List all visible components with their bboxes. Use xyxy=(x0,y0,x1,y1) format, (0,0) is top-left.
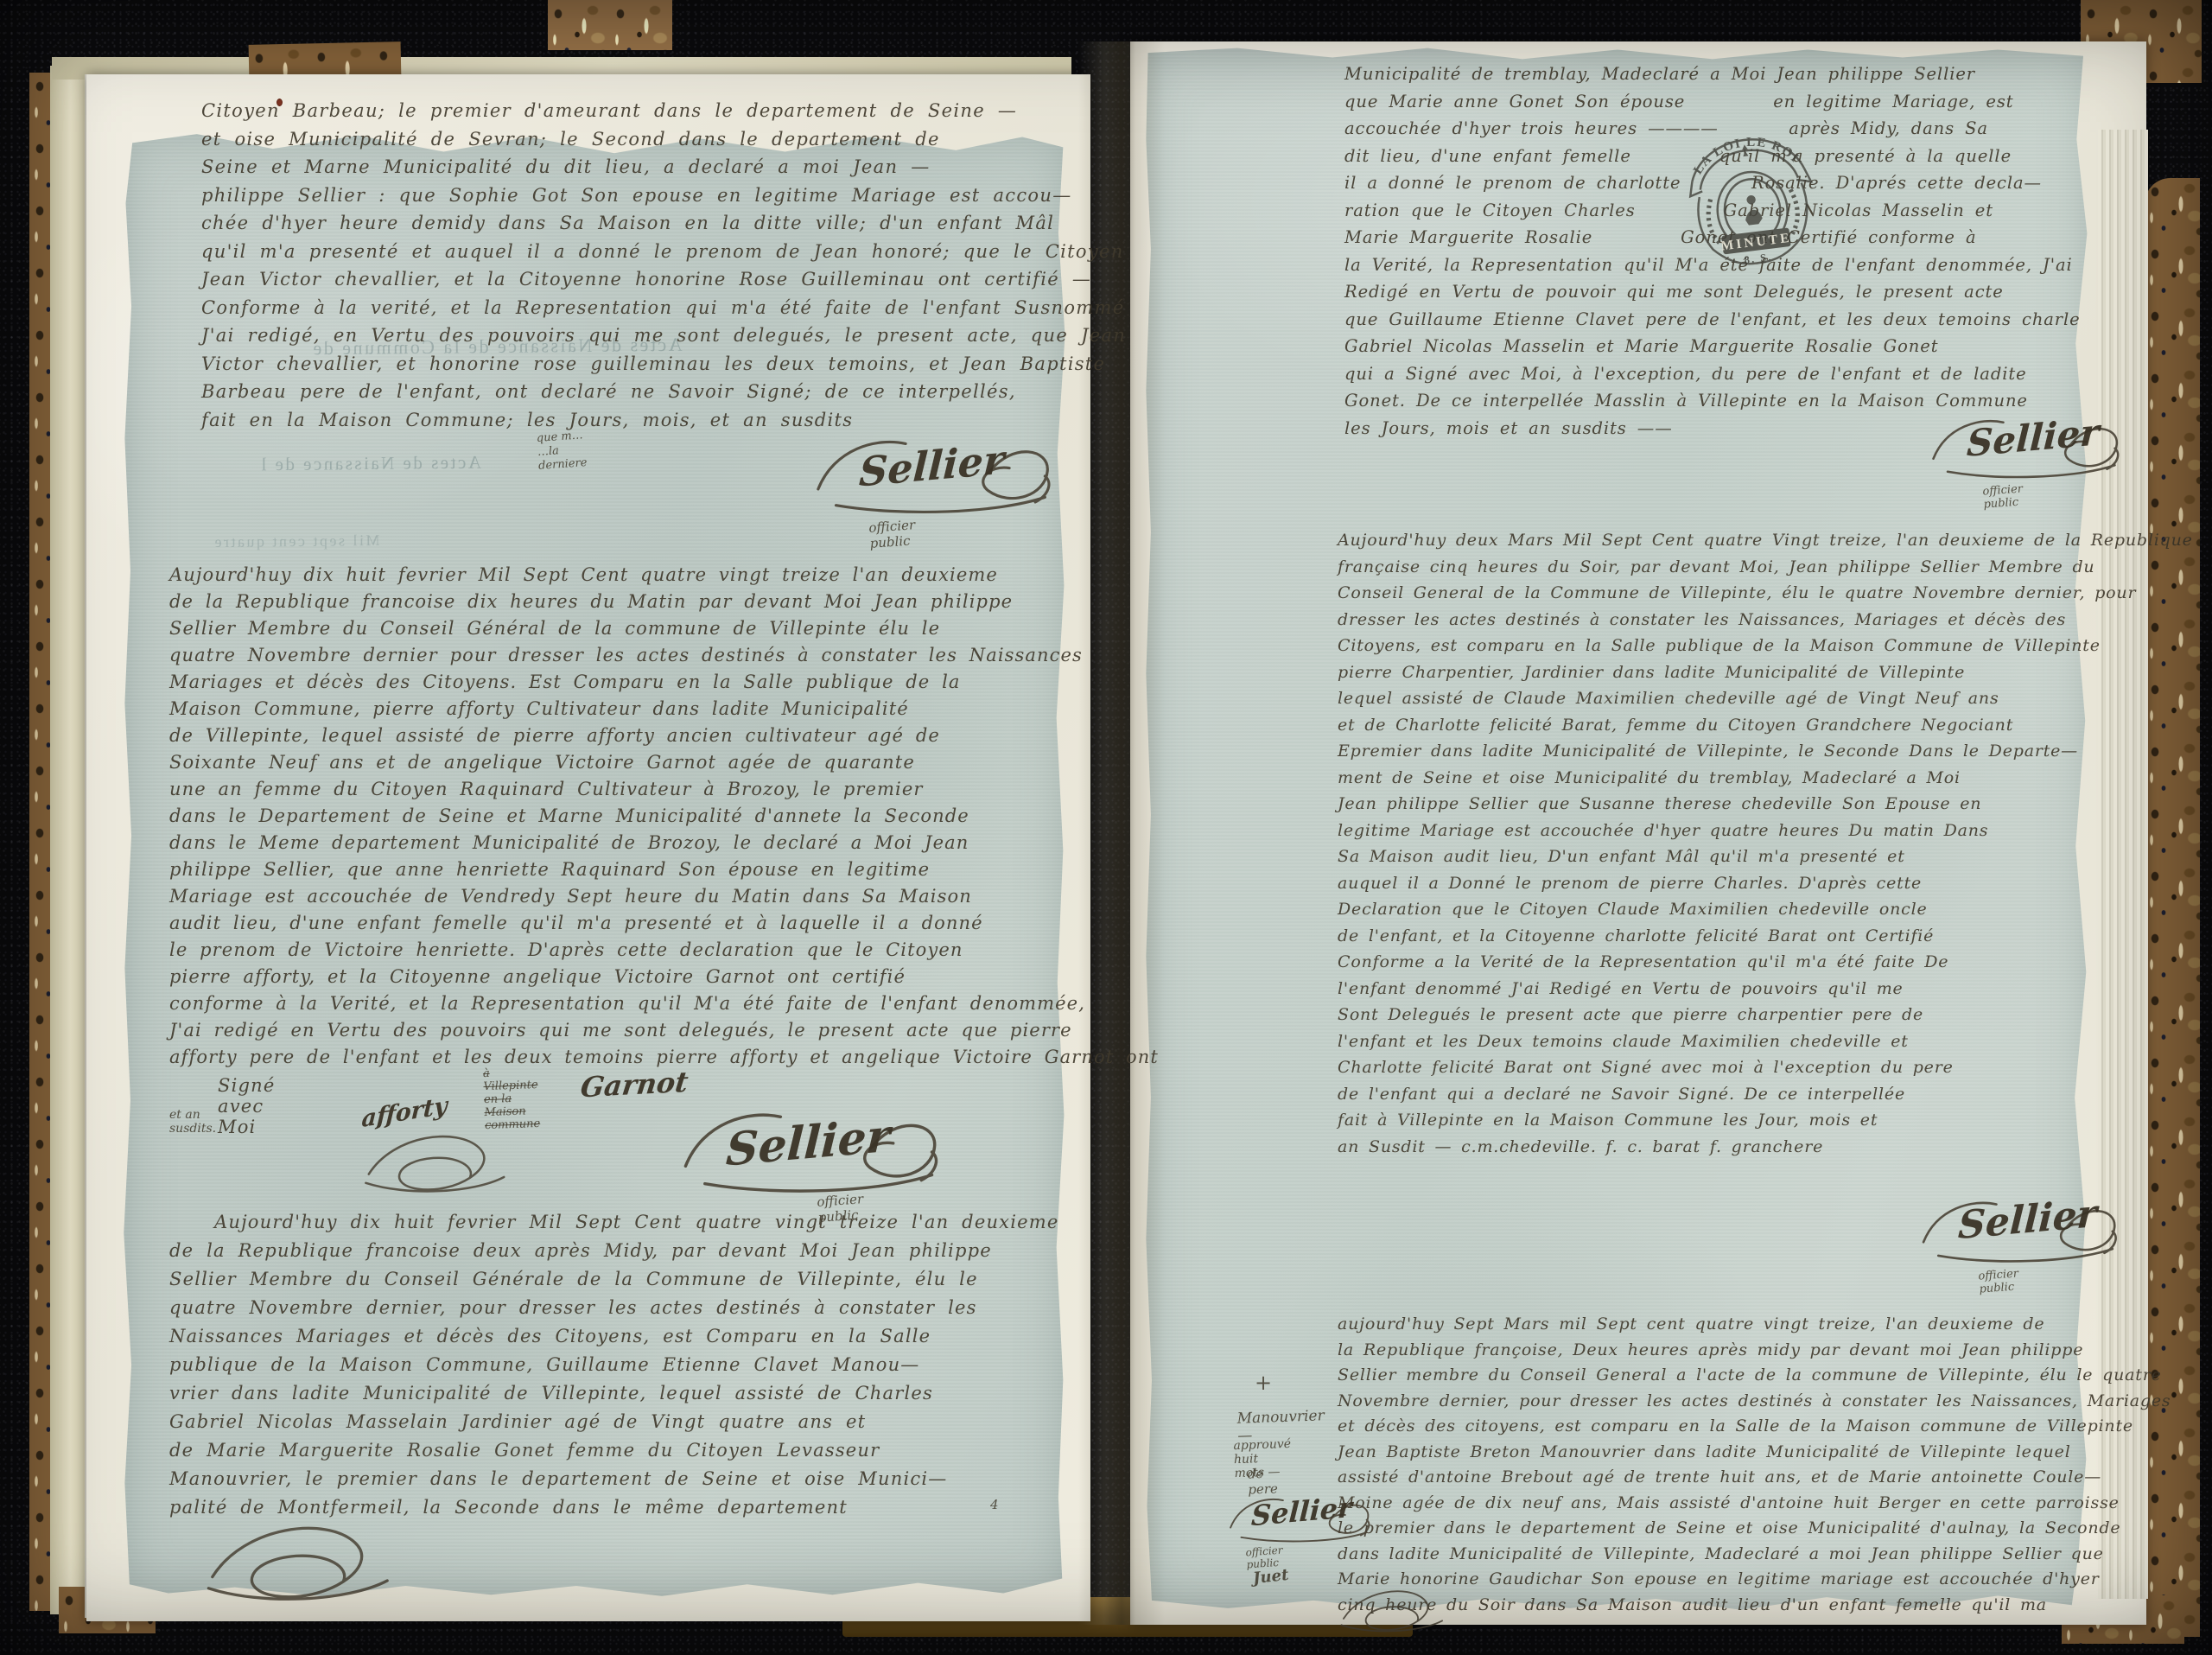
manuscript-line: quatre Novembre dernier, pour dresser le… xyxy=(169,1294,1071,1322)
manuscript-line: Sellier Membre du Conseil Général de la … xyxy=(169,615,1071,642)
sellier-signature: Sellier xyxy=(664,1103,957,1200)
manuscript-line: aujourd'huy Sept Mars mil Sept cent quat… xyxy=(1338,1312,2103,1338)
manuscript-line: et oise Municipalité de Sevran; le Secon… xyxy=(201,125,1067,154)
manuscript-line: française cinq heures du Soir, par devan… xyxy=(1338,554,2103,581)
manuscript-line: Aujourd'huy dix huit fevrier Mil Sept Ce… xyxy=(169,1208,1071,1237)
manuscript-line: Conforme a la Verité de la Representatio… xyxy=(1338,949,2103,976)
manuscript-line: Aujourd'huy dix huit fevrier Mil Sept Ce… xyxy=(169,562,1071,589)
manuscript-line: Citoyen Barbeau; le premier d'ameurant d… xyxy=(201,97,1067,125)
manuscript-line: Sa Maison audit lieu, D'un enfant Mâl qu… xyxy=(1338,843,2103,870)
manuscript-line: de l'enfant qui a declaré ne Savoir Sign… xyxy=(1338,1081,2103,1108)
manuscript-line: pierre Charpentier, Jardinier dans ladit… xyxy=(1338,659,2103,686)
manuscript-line: Redigé en Vertu de pouvoir qui me sont D… xyxy=(1344,278,2098,306)
manuscript-line: Gabriel Nicolas Masselain Jardinier agé … xyxy=(169,1408,1071,1436)
manuscript-line: de la Republique francoise deux après Mi… xyxy=(169,1237,1071,1265)
manuscript-line: le prenom de Victoire henriette. D'après… xyxy=(169,937,1071,964)
margin-cross-mark: + xyxy=(1255,1371,1272,1395)
manuscript-line: afforty pere de l'enfant et les deux tem… xyxy=(169,1044,1071,1071)
sellier-signature: Sellier xyxy=(1922,406,2129,489)
cover-board-edge-left xyxy=(50,66,86,1614)
manuscript-line: auquel il a Donné le prenom de pierre Ch… xyxy=(1338,870,2103,897)
manuscript-line: philippe Sellier, que anne henriette Raq… xyxy=(169,856,1071,883)
manuscript-line: assisté d'antoine Brebout agé de trente … xyxy=(1338,1465,2103,1491)
manuscript-line: legitime Mariage est accouchée d'hyer qu… xyxy=(1338,818,2103,844)
manuscript-line: Sellier membre du Conseil General a l'ac… xyxy=(1338,1363,2103,1389)
bottom-paraph xyxy=(192,1514,408,1609)
margin-sellier-signature: Sellier xyxy=(1222,1488,1377,1550)
manuscript-line: et décès des citoyens, est comparu en la… xyxy=(1338,1414,2103,1440)
right-paragraph-3: aujourd'huy Sept Mars mil Sept cent quat… xyxy=(1338,1312,2103,1618)
manuscript-line: de Villepinte, lequel assisté de pierre … xyxy=(169,722,1071,749)
manuscript-line: pierre afforty, et la Citoyenne angeliqu… xyxy=(169,964,1071,990)
sellier-signature: Sellier xyxy=(1911,1187,2127,1274)
left-paragraph-1: Citoyen Barbeau; le premier d'ameurant d… xyxy=(201,97,1067,434)
manuscript-line: Epremier dans ladite Municipalité de Vil… xyxy=(1338,738,2103,765)
manuscript-line: Conseil General de la Commune de Villepi… xyxy=(1338,580,2103,607)
page-number: 4 xyxy=(990,1497,999,1512)
marble-cover-right-strip xyxy=(2145,178,2200,1637)
witness-paraph xyxy=(363,1123,510,1201)
manuscript-line: Declaration que le Citoyen Claude Maximi… xyxy=(1338,896,2103,923)
manuscript-line: dresser les actes destinés à constater l… xyxy=(1338,607,2103,633)
manuscript-line: Conforme à la verité, et la Representati… xyxy=(201,294,1067,322)
bottom-paraph xyxy=(1324,1583,1462,1637)
manuscript-line: qu'il m'a presenté et auquel il a donné … xyxy=(201,238,1067,266)
right-paragraph-2: Aujourd'huy deux Mars Mil Sept Cent quat… xyxy=(1338,527,2103,1160)
manuscript-line: qui a Signé avec Moi, à l'exception, du … xyxy=(1344,360,2098,388)
manuscript-line: an Susdit — c.m.chedeville. f. c. barat … xyxy=(1338,1134,2103,1161)
manuscript-line: chée d'hyer heure demidy dans Sa Maison … xyxy=(201,209,1067,238)
signature-title: officier public xyxy=(1982,482,2024,511)
manuscript-line: Jean Baptiste Breton Manouvrier dans lad… xyxy=(1338,1440,2103,1466)
manuscript-line: publique de la Maison Commune, Guillaume… xyxy=(169,1351,1071,1379)
manuscript-line: Maison Commune, pierre afforty Cultivate… xyxy=(169,696,1071,722)
manuscript-line: ment de Seine et oise Municipalité du tr… xyxy=(1338,765,2103,792)
manuscript-line: Mariage est accouchée de Vendredy Sept h… xyxy=(169,883,1071,910)
manuscript-line: Naissances Mariages et décès des Citoyen… xyxy=(169,1322,1071,1351)
manuscript-line: audit lieu, d'une enfant femelle qu'il m… xyxy=(169,910,1071,937)
manuscript-line: Citoyens, est comparu en la Salle publiq… xyxy=(1338,633,2103,659)
stamp-value-text: 8. S. xyxy=(1744,251,1773,266)
manuscript-line: de Marie Marguerite Rosalie Gonet femme … xyxy=(169,1436,1071,1465)
manuscript-line: la Republique françoise, Deux heures apr… xyxy=(1338,1338,2103,1364)
signature-title: officier public xyxy=(1978,1267,2020,1295)
manuscript-line: le premier dans le departement de Seine … xyxy=(1338,1516,2103,1542)
margin-note: Juet xyxy=(1252,1566,1289,1588)
manuscript-line: Jean Victor chevallier, et la Citoyenne … xyxy=(201,265,1067,294)
signature-title: officier public xyxy=(868,517,917,551)
closing-line: Signé avec Moi xyxy=(218,1075,276,1137)
manuscript-line: Municipalité de tremblay, Madeclaré a Mo… xyxy=(1344,60,2098,88)
manuscript-line: J'ai redigé, en Vertu des pouvoirs qui m… xyxy=(201,321,1067,350)
manuscript-line: dans le Departement de Seine et Marne Mu… xyxy=(169,803,1071,830)
manuscript-line: Moine agée de dix neuf ans, Mais assisté… xyxy=(1338,1491,2103,1517)
left-paragraph-2: Aujourd'huy dix huit fevrier Mil Sept Ce… xyxy=(169,562,1071,1071)
tax-stamp: LA LOI LE ROI MINUTE 8. S. xyxy=(1675,111,1827,279)
bleedthrough-print-line: Mil sept cent quatre xyxy=(213,532,380,551)
witness-signature-garnot: Garnot xyxy=(579,1066,690,1104)
manuscript-line: Jean philippe Sellier que Susanne theres… xyxy=(1338,791,2103,818)
manuscript-line: Aujourd'huy deux Mars Mil Sept Cent quat… xyxy=(1338,527,2103,554)
manuscript-line: Gabriel Nicolas Masselin et Marie Margue… xyxy=(1344,333,2098,360)
manuscript-line: dans le Meme departement Municipalité de… xyxy=(169,830,1071,856)
manuscript-photo: Actes de Naissance de la Commune de Acte… xyxy=(0,0,2212,1655)
manuscript-line: Novembre dernier, pour dresser les actes… xyxy=(1338,1389,2103,1415)
manuscript-line: Mariages et décès des Citoyens. Est Comp… xyxy=(169,669,1071,696)
manuscript-line: Seine et Marne Municipalité du dit lieu,… xyxy=(201,153,1067,181)
manuscript-line: une an femme du Citoyen Raquinard Cultiv… xyxy=(169,776,1071,803)
manuscript-line: l'enfant et les Deux temoins claude Maxi… xyxy=(1338,1028,2103,1055)
manuscript-line: l'enfant denommé J'ai Redigé en Vertu de… xyxy=(1338,976,2103,1003)
interlinear-note: à Villepinte en la Maison commune xyxy=(483,1066,541,1132)
manuscript-line: que Guillaume Etienne Clavet pere de l'e… xyxy=(1344,306,2098,334)
manuscript-line: conforme à la Verité, et la Representati… xyxy=(169,990,1071,1017)
left-paragraph-3: Aujourd'huy dix huit fevrier Mil Sept Ce… xyxy=(169,1208,1071,1522)
manuscript-line: fait à Villepinte en la Maison Commune l… xyxy=(1338,1107,2103,1134)
book-gutter-shadow xyxy=(1078,41,1165,1625)
manuscript-line: Barbeau pere de l'enfant, ont declaré ne… xyxy=(201,378,1067,406)
manuscript-line: philippe Sellier : que Sophie Got Son ep… xyxy=(201,181,1067,210)
signature-note: que m……la derniere xyxy=(536,429,588,474)
manuscript-line: de la Republique francoise dix heures du… xyxy=(169,589,1071,615)
manuscript-line: Charlotte felicité Barat ont Signé avec … xyxy=(1338,1054,2103,1081)
manuscript-line: que Marie anne Gonet Son épouse en legit… xyxy=(1344,88,2098,116)
manuscript-line: vrier dans ladite Municipalité de Villep… xyxy=(169,1379,1071,1408)
manuscript-line: lequel assisté de Claude Maximilien ched… xyxy=(1338,685,2103,712)
manuscript-line: Sellier Membre du Conseil Générale de la… xyxy=(169,1265,1071,1294)
manuscript-line: de l'enfant, et la Citoyenne charlotte f… xyxy=(1338,923,2103,950)
manuscript-line: Sont Delegués le present acte que pierre… xyxy=(1338,1002,2103,1028)
manuscript-line: dans ladite Municipalité de Villepinte, … xyxy=(1338,1542,2103,1568)
manuscript-line: J'ai redigé en Vertu des pouvoirs qui me… xyxy=(169,1017,1071,1044)
manuscript-line: Manouvrier, le premier dans le departeme… xyxy=(169,1465,1071,1493)
bleedthrough-print-line: Actes de Naissance de l xyxy=(259,452,481,476)
closing-tail: et an susdits. xyxy=(169,1108,216,1136)
manuscript-line: et de Charlotte felicité Barat, femme du… xyxy=(1338,712,2103,739)
sellier-signature: Sellier xyxy=(804,430,1063,520)
marble-patch-top-center xyxy=(548,0,672,50)
manuscript-line: Victor chevallier, et honorine rose guil… xyxy=(201,350,1067,379)
manuscript-line: quatre Novembre dernier pour dresser les… xyxy=(169,642,1071,669)
manuscript-line: Soixante Neuf ans et de angelique Victoi… xyxy=(169,749,1071,776)
